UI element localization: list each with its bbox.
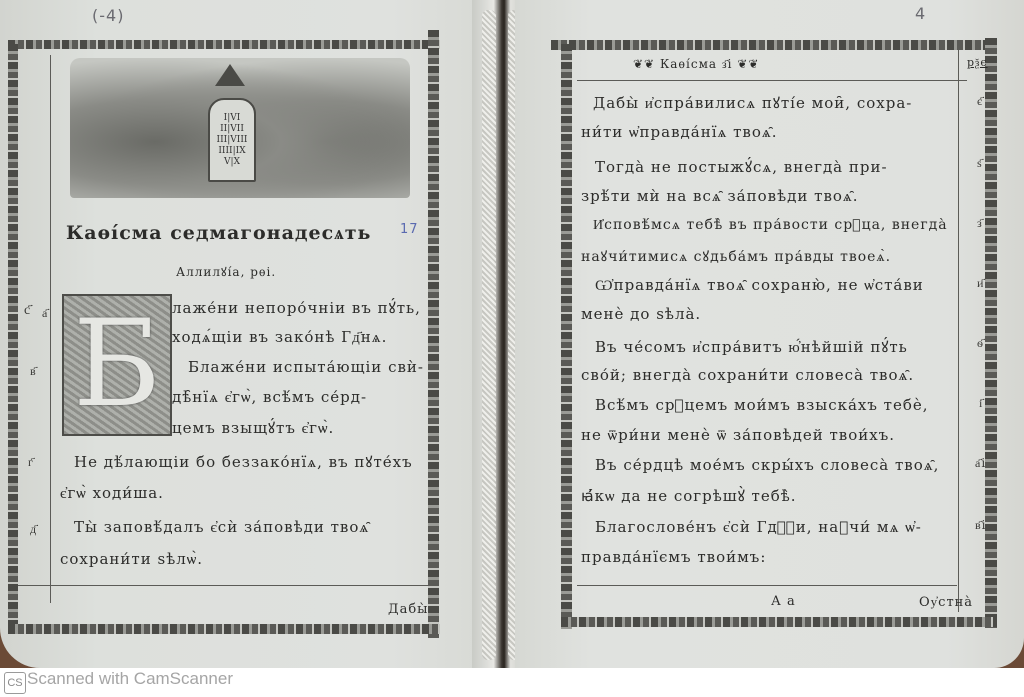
- margin-verse-number: ѳ҃: [977, 336, 984, 351]
- margin-rule: [958, 46, 959, 612]
- text-line: лаже́ни непоро́чніи въ пꙋ́ть,: [172, 298, 421, 318]
- text-line: ꙗ҆́кѡ да не согрѣшꙋ̀ тебѣ̀.: [581, 486, 797, 506]
- text-line: наꙋчи́тимисѧ сꙋдьба́мъ пра́вды твоеѧ̀.: [581, 247, 891, 266]
- catchword-left: Дабы̀: [388, 602, 429, 617]
- eye-triangle-icon: [215, 64, 245, 86]
- right-page: 4 ❦❦ Каѳі́сма з҃і ❦❦ рѯє Дабы̀ и҆спра́ви…: [515, 0, 1024, 668]
- margin-verse-number: з҃: [977, 216, 983, 231]
- headpiece-engraving: I|VI II|VII III|VIII IIII|IX V|X: [70, 58, 410, 198]
- text-line: Благослове́нъ є҆сѝ Гдⷭ҇и, наꙋчи́ мѧ ѡ҆-: [595, 518, 922, 537]
- text-line: Ѡ҆правда́нїѧ твоѧ̑ сохраню̀, не ѡ҆ста́ви: [595, 276, 924, 295]
- margin-verse-number: є҃: [977, 94, 983, 109]
- border-left-left: [8, 44, 18, 634]
- text-line: И҆сповѣ́мсѧ тебѣ̀ въ пра́вости срⷣца, вн…: [593, 217, 948, 234]
- margin-verse-number: г҃: [28, 455, 34, 470]
- ornament-icon: ❦❦: [732, 57, 759, 71]
- commandment-tablets-icon: I|VI II|VII III|VIII IIII|IX V|X: [208, 98, 256, 182]
- text-line: зрѣ́ти мѝ на всѧ̑ за́повѣди твоѧ̑.: [581, 187, 859, 206]
- running-head: ❦❦ Каѳі́сма з҃і ❦❦: [633, 57, 759, 72]
- text-line: Въ се́рдцѣ мое́мъ скры́хъ словеса̀ твоѧ̑…: [595, 456, 939, 475]
- border-bottom-right: [561, 617, 997, 627]
- pencil-mark-title: 17: [400, 222, 419, 237]
- text-line: Дабы̀ и҆спра́вилисѧ пꙋті́е мои̑, сохра-: [593, 93, 912, 113]
- border-top-left: [8, 40, 440, 49]
- text-line: Не дѣ́лающіи бо беззако́нїѧ, въ пꙋте́хъ: [74, 452, 413, 472]
- margin-rule: [50, 55, 51, 603]
- kathisma-title: Каѳі́сма седмагонадесѧть: [66, 222, 371, 245]
- text-line: цемъ взыщꙋ́тъ є҆гѡ̀.: [172, 418, 334, 438]
- text-line: є҆гѡ̀ ходи́ша.: [60, 484, 164, 503]
- text-line: сохрани́ти ѕѣлѡ̀.: [60, 550, 203, 569]
- margin-verse-number: а҃: [42, 306, 48, 321]
- spine-gauze: [482, 10, 496, 660]
- text-line: Всѣ́мъ срⷣцемъ мои́мъ взыска́хъ тебѐ,: [595, 396, 929, 414]
- margin-verse-number: ѕ҃: [977, 156, 983, 171]
- signature-mark: А а: [771, 594, 796, 609]
- text-line: дѣ̑нїѧ є҆гѡ̀, всѣ́мъ се́рд-: [172, 388, 367, 407]
- camscanner-logo-icon: CS: [4, 672, 26, 694]
- border-bottom-left: [8, 624, 440, 634]
- border-right-right: [985, 38, 997, 628]
- alleluia-subtitle: Аллилꙋі́а, рѳі.: [176, 263, 276, 280]
- drop-cap-initial: Б: [62, 294, 172, 436]
- border-right-left: [428, 30, 439, 638]
- margin-verse-number: а҃і: [975, 456, 986, 471]
- ornament-icon: ❦❦: [633, 57, 660, 71]
- border-left-right: [561, 44, 572, 629]
- catchword-right: Оу҆стна̀: [919, 594, 973, 610]
- bottom-rule: [577, 585, 957, 586]
- text-line: правда́нїємъ твои́мъ:: [581, 548, 766, 566]
- text-line: Ты̀ заповѣ́далъ є҆сѝ за́повѣди твоѧ̑: [74, 518, 369, 537]
- bottom-rule: [18, 585, 432, 586]
- margin-verse-number: и҃: [977, 276, 984, 291]
- margin-verse-number: д҃: [30, 522, 37, 537]
- margin-verse-number: в҃: [30, 364, 37, 379]
- text-line: ни́ти ѡ҆правда́нїѧ твоѧ̑.: [581, 123, 778, 142]
- pencil-page-number-right: 4: [915, 4, 926, 23]
- text-line: Тогда̀ не постыжꙋ́сѧ, внегда̀ при-: [595, 157, 888, 177]
- text-line: Въ че́сомъ и҆спра́витъ ю҆́нѣйшій пꙋ́ть: [595, 337, 908, 357]
- camscanner-watermark: Scanned with CamScanner: [27, 669, 233, 689]
- header-rule: [577, 80, 967, 81]
- pencil-page-number-left: (-4): [92, 6, 124, 25]
- text-line: сво́й; внегда̀ сохрани́ти словеса̀ твоѧ̑…: [581, 366, 914, 385]
- margin-verse-number: і҃: [979, 396, 983, 411]
- margin-psalm-number: с҃: [24, 302, 31, 319]
- text-line: Блаже́ни испыта́ющіи свѝ-: [188, 358, 424, 376]
- text-line: не ѿри́ни менѐ ѿ за́повѣдей твои́хъ.: [581, 426, 895, 445]
- text-line: ходѧ́щіи въ зако́нѣ Гд҃нѧ.: [172, 328, 387, 347]
- margin-verse-number: в҃і: [975, 518, 987, 533]
- book-photo: (-4) I|VI II|VII III|VIII IIII|IX V|X Ка…: [0, 0, 1024, 668]
- left-page: (-4) I|VI II|VII III|VIII IIII|IX V|X Ка…: [0, 0, 490, 668]
- border-top-right: [551, 40, 995, 50]
- text-line: менѐ до ѕѣла̀.: [581, 305, 701, 323]
- page-number: рѯє: [967, 56, 988, 69]
